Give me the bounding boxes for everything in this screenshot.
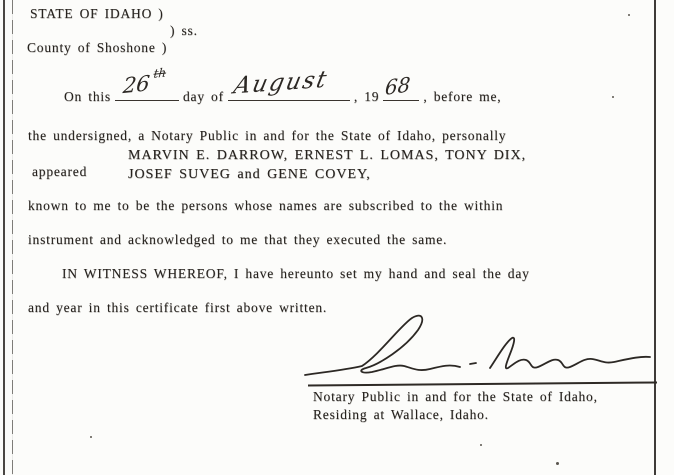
year-prefix: , 19 [354, 89, 379, 105]
appearer-names-line-2: JOSEF SUVEG and GENE COVEY, [128, 165, 526, 184]
day-blank: 26th [115, 86, 179, 101]
scan-speckle [90, 436, 92, 438]
appeared-label: appeared [32, 164, 87, 180]
year-blank: 68 [383, 86, 419, 101]
date-suffix: , before me, [423, 89, 501, 105]
witness-line-1: IN WITNESS WHEREOF, I have hereunto set … [62, 266, 530, 282]
notary-title-line-2: Residing at Wallace, Idaho. [313, 406, 598, 424]
left-scan-border-line [3, 0, 5, 475]
month-blank: August [228, 86, 350, 101]
appearer-names: MARVIN E. DARROW, ERNEST L. LOMAS, TONY … [128, 146, 526, 184]
appearer-names-line-1: MARVIN E. DARROW, ERNEST L. LOMAS, TONY … [128, 146, 526, 165]
notary-signature [300, 312, 660, 388]
witness-line-2: and year in this certificate first above… [28, 300, 327, 316]
scanned-notary-document: STATE OF IDAHO ) ) ss. County of Shoshon… [0, 0, 674, 475]
date-middle: day of [183, 89, 224, 105]
scan-speckle [612, 96, 614, 98]
handwritten-year: 68 [385, 72, 412, 100]
venue-county-line: County of Shoshone ) [27, 40, 167, 56]
body-line-3: instrument and acknowledged to me that t… [28, 232, 447, 248]
body-line-2: known to me to be the persons whose name… [28, 198, 503, 214]
notary-title-line-1: Notary Public in and for the State of Id… [313, 388, 598, 406]
date-prefix: On this [64, 89, 111, 105]
scan-speckle [480, 444, 482, 446]
venue-ss-line: ) ss. [170, 23, 198, 39]
date-line: On this 26th day of August , 19 68 , bef… [60, 86, 505, 105]
body-line-1: the undersigned, a Notary Public in and … [28, 128, 506, 144]
notary-title-block: Notary Public in and for the State of Id… [313, 388, 598, 423]
scan-speckle [628, 14, 630, 16]
left-scan-border-line-inner [12, 0, 13, 475]
right-scan-border-line [654, 0, 656, 475]
handwritten-day-ordinal: th [153, 65, 167, 81]
handwritten-day: 26th [122, 70, 164, 99]
scan-speckle [556, 462, 559, 465]
handwritten-month: August [231, 66, 330, 99]
venue-state-line: STATE OF IDAHO ) [30, 6, 164, 22]
